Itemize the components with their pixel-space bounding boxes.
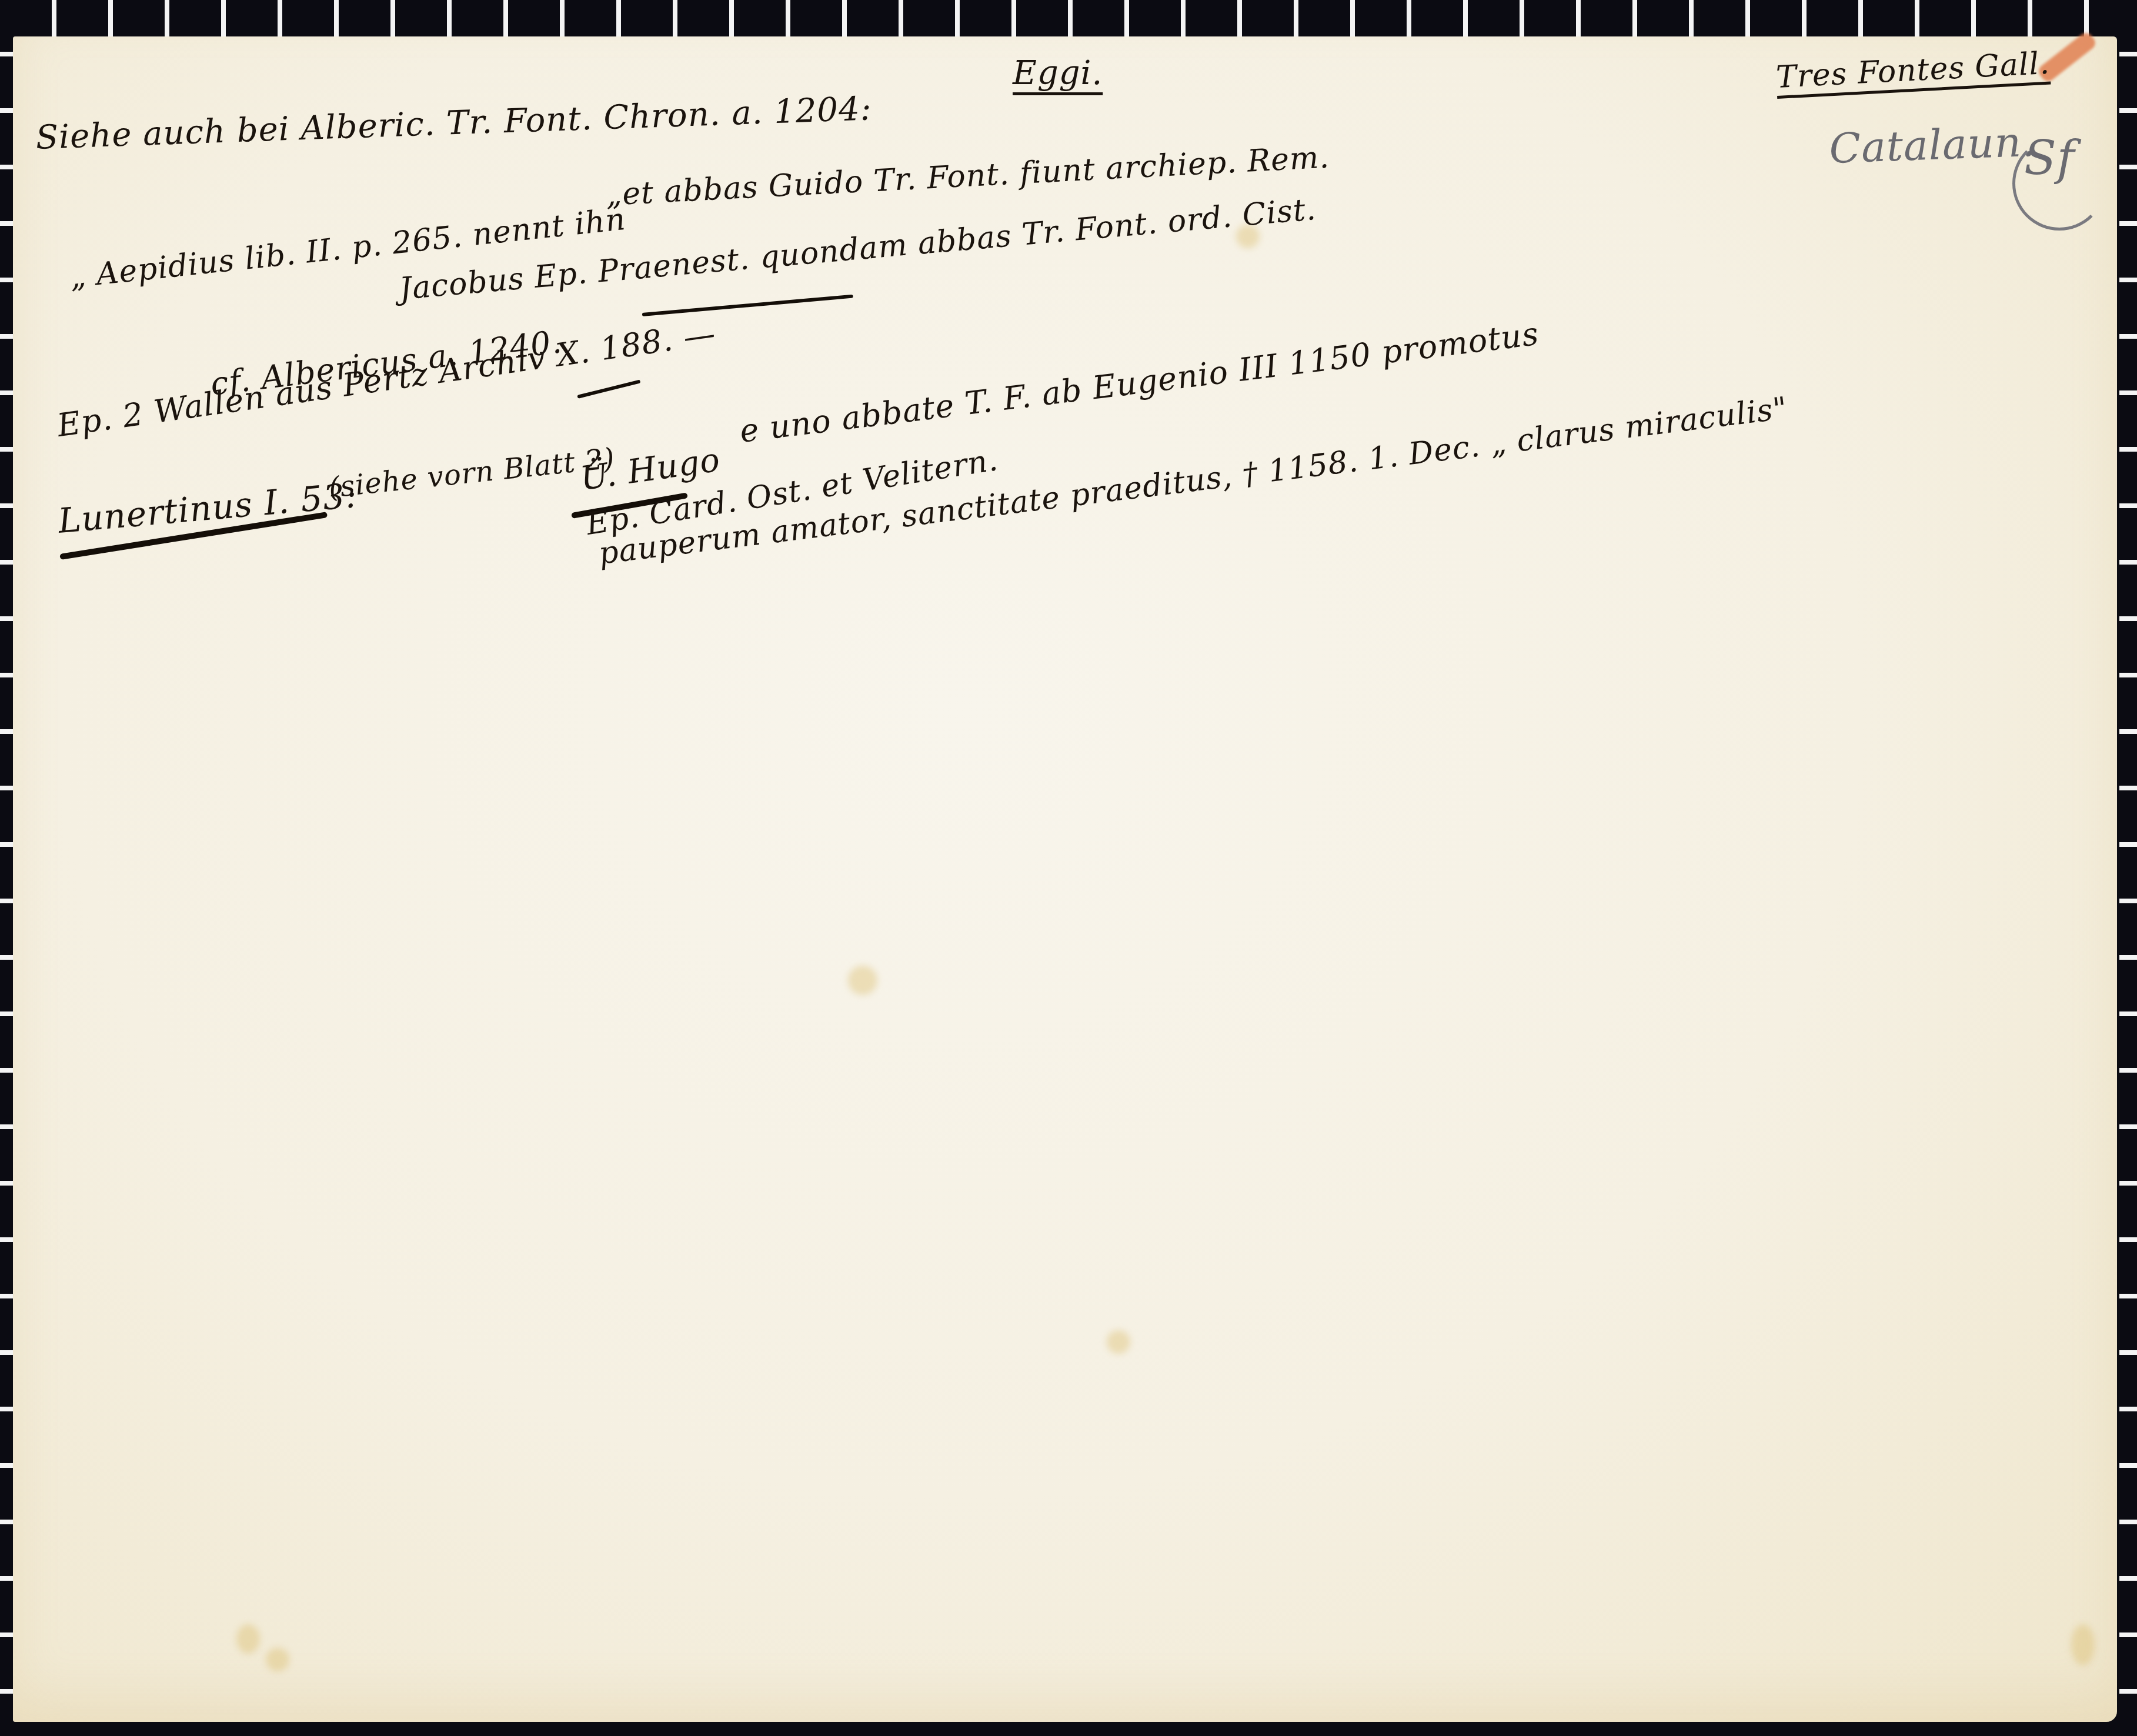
note-line-7b: (siehe vorn Blatt 2) xyxy=(327,442,616,505)
underline-quondam xyxy=(642,295,853,316)
scan-frame-left xyxy=(0,0,13,1736)
document-paper: Eggi. Tres Fontes Gall. Catalaun. Sf Sie… xyxy=(13,36,2117,1722)
document-title: Eggi. xyxy=(1013,54,1103,92)
paper-stain xyxy=(2071,1624,2095,1665)
note-line-6: Ep. 2 Wallen aus Pertz Archiv X. 188. — xyxy=(55,315,718,444)
dash-rule xyxy=(577,379,640,398)
note-line-4: Jacobus Ep. Praenest. quondam abbas Tr. … xyxy=(398,192,1318,307)
scan-frame-bottom xyxy=(0,1721,2137,1736)
pencil-circle-mark xyxy=(2012,136,2106,231)
paper-stain xyxy=(848,966,877,995)
scan-frame-right xyxy=(2119,0,2137,1736)
paper-stain xyxy=(236,1624,260,1654)
top-right-pencil-note: Catalaun. xyxy=(1828,118,2036,173)
paper-stain xyxy=(1107,1330,1130,1354)
paper-stain xyxy=(266,1648,289,1671)
note-line-1: Siehe auch bei Alberic. Tr. Font. Chron.… xyxy=(35,89,873,157)
top-right-ink-note: Tres Fontes Gall. xyxy=(1775,46,2051,95)
note-line-7d: e uno abbate T. F. ab Eugenio III 1150 p… xyxy=(737,315,1541,450)
scan-frame-top xyxy=(0,0,2137,41)
